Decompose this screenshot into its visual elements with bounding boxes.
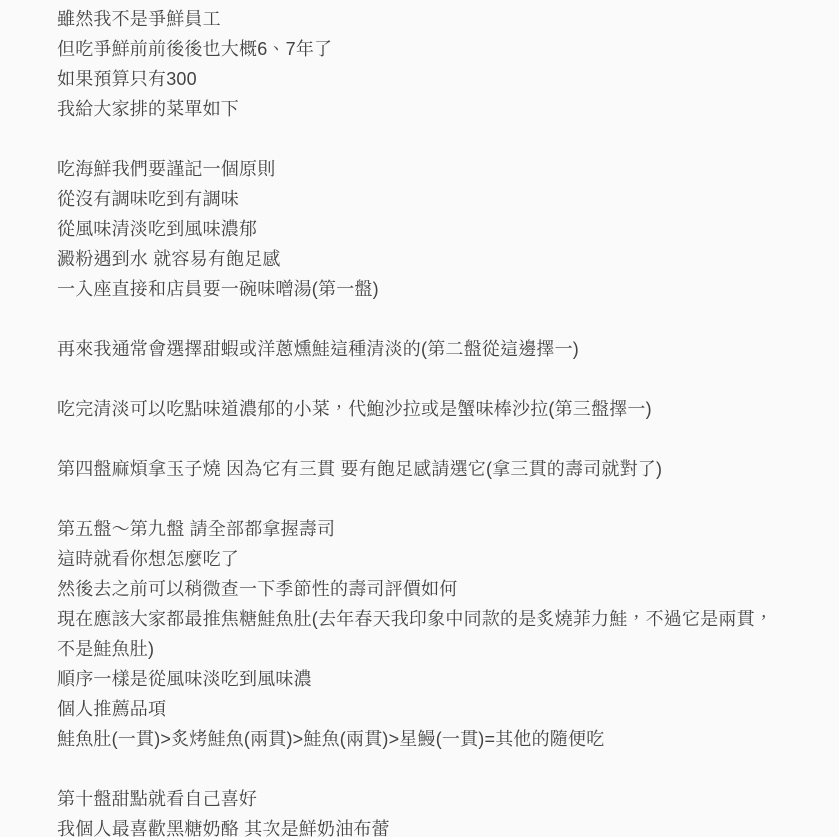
post-line: 澱粉遇到水 就容易有飽足感 [57,244,799,274]
post-line: 第四盤麻煩拿玉子燒 因為它有三貫 要有飽足感請選它(拿三貫的壽司就對了) [57,454,799,484]
post-line: 吃完清淡可以吃點味道濃郁的小菜，代鮑沙拉或是蟹味棒沙拉(第三盤擇一) [57,394,799,424]
post-line: 不是鮭魚肚) [57,634,799,664]
post-line: 吃海鮮我們要謹記一個原則 [57,154,799,184]
post-line: 鮭魚肚(一貫)>炙烤鮭魚(兩貫)>鮭魚(兩貫)>星鰻(一貫)=其他的隨便吃 [57,724,799,754]
paragraph-plates-5-9: 第五盤～第九盤 請全部都拿握壽司 這時就看你想怎麼吃了 然後去之前可以稍微查一下… [57,514,799,754]
paragraph-plate-3: 吃完清淡可以吃點味道濃郁的小菜，代鮑沙拉或是蟹味棒沙拉(第三盤擇一) [57,394,799,424]
post-line: 個人推薦品項 [57,694,799,724]
paragraph-intro: 雖然我不是爭鮮員工 但吃爭鮮前前後後也大概6、7年了 如果預算只有300 我給大… [57,4,799,124]
post-line: 雖然我不是爭鮮員工 [57,4,799,34]
post-line: 我給大家排的菜單如下 [57,94,799,124]
post-line: 一入座直接和店員要一碗味噌湯(第一盤) [57,274,799,304]
paragraph-plate-10-dessert: 第十盤甜點就看自己喜好 我個人最喜歡黑糖奶酪 其次是鮮奶油布蕾 [57,784,799,837]
post-body: 雖然我不是爭鮮員工 但吃爭鮮前前後後也大概6、7年了 如果預算只有300 我給大… [0,0,839,837]
post-line: 我個人最喜歡黑糖奶酪 其次是鮮奶油布蕾 [57,814,799,837]
post-line: 從沒有調味吃到有調味 [57,184,799,214]
post-line: 如果預算只有300 [57,64,799,94]
post-line: 但吃爭鮮前前後後也大概6、7年了 [57,34,799,64]
post-line: 順序一樣是從風味淡吃到風味濃 [57,664,799,694]
paragraph-principle: 吃海鮮我們要謹記一個原則 從沒有調味吃到有調味 從風味清淡吃到風味濃郁 澱粉遇到… [57,154,799,304]
post-line: 這時就看你想怎麼吃了 [57,544,799,574]
post-line: 從風味清淡吃到風味濃郁 [57,214,799,244]
post-line: 第十盤甜點就看自己喜好 [57,784,799,814]
paragraph-plate-4: 第四盤麻煩拿玉子燒 因為它有三貫 要有飽足感請選它(拿三貫的壽司就對了) [57,454,799,484]
post-line: 再來我通常會選擇甜蝦或洋蔥燻鮭這種清淡的(第二盤從這邊擇一) [57,334,799,364]
paragraph-plate-2: 再來我通常會選擇甜蝦或洋蔥燻鮭這種清淡的(第二盤從這邊擇一) [57,334,799,364]
post-line: 然後去之前可以稍微查一下季節性的壽司評價如何 [57,574,799,604]
post-line: 第五盤～第九盤 請全部都拿握壽司 [57,514,799,544]
post-line: 現在應該大家都最推焦糖鮭魚肚(去年春天我印象中同款的是炙燒菲力鮭，不過它是兩貫， [57,604,799,634]
